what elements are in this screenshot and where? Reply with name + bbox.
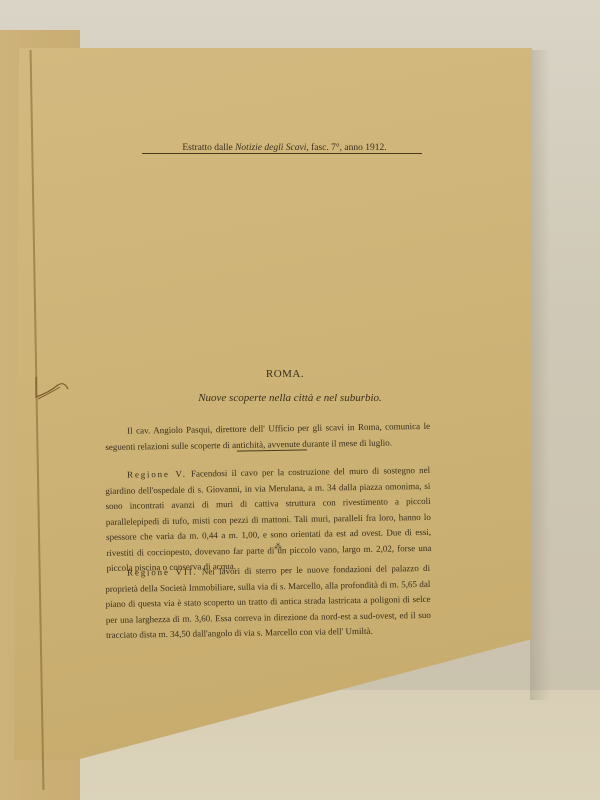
document-page [14,48,532,760]
document-subtitle: Nuove scoperte nella città e nel suburbi… [160,392,420,404]
section-label: Regione V. [127,469,187,480]
header-suffix: , fasc. 7°, anno 1912. [306,143,386,153]
header-prefix: Estratto dalle [182,143,232,153]
page-shadow [530,50,550,700]
section-regione-v: Regione V. Facendosi il cavo per la cost… [105,463,432,577]
journal-name: Notizie degli Scavi [235,143,306,153]
binding-thread-icon [34,375,74,405]
asterism-separator: ⁂ [268,544,288,550]
section-label: Regione VII. [127,567,198,578]
section-text: Facendosi il cavo per la costruzione del… [105,465,431,573]
document-title: ROMA. [245,368,325,380]
header-rule [142,153,422,154]
section-regione-vii: Regione VII. Nei lavori di sterro per le… [105,561,431,644]
offprint-header: Estratto dalle Notizie degli Scavi, fasc… [147,143,422,153]
